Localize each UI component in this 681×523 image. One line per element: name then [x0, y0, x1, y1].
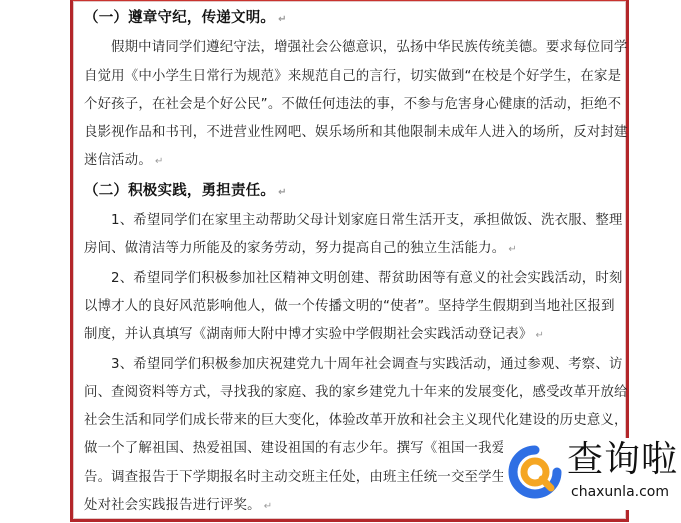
paragraph-line: 良影视作品和书刊，不进营业性网吧、娱乐场所和其他限制未成年人进入的场所，反对封建	[84, 119, 614, 147]
paragraph-mark-icon: ↵	[508, 244, 517, 255]
paragraph-mark-icon: ↵	[155, 156, 164, 167]
list-item-3-line: 问、查阅资料等方式，寻找我的家庭、我的家乡建党九十年来的发展变化，感受改革开放给	[84, 379, 614, 407]
paragraph-line-end: 迷信活动。↵	[84, 147, 614, 176]
paragraph-mark-icon: ↵	[536, 330, 545, 341]
paragraph-line: 个好孩子，在社会是个好公民”。不做任何违法的事，不参与危害身心健康的活动，拒绝不	[84, 91, 614, 119]
list-item-3-line: 3、希望同学们积极参加庆祝建党九十周年社会调查与实践活动，通过参观、考察、访	[84, 351, 614, 379]
list-item-1-line: 1、希望同学们在家里主动帮助父母计划家庭日常生活开支，承担做饭、洗衣服、整理	[84, 207, 614, 235]
paragraph-line: 自觉用《中小学生日常行为规范》来规范自己的言行，切实做到“在校是个好学生，在家是	[84, 63, 614, 91]
list-item-2-line-end: 制度，并认真填写《湖南师大附中博才实验中学假期社会实践活动登记表》↵	[84, 321, 614, 350]
paragraph-text: 制度，并认真填写《湖南师大附中博才实验中学假期社会实践活动登记表》	[84, 327, 533, 342]
watermark-brand-cn: 查询啦	[567, 438, 678, 482]
paragraph-text: 房间、做清洁等力所能及的家务劳动，努力提高自己的独立生活能力。	[84, 241, 505, 256]
list-item-3-line: 社会生活和同学们成长带来的巨大变化，体验改革开放和社会主义现代化建设的历史意义，	[84, 407, 614, 435]
watermark-logo: 查询啦 chaxunla.com	[503, 438, 681, 510]
paragraph-text: 迷信活动。	[84, 153, 152, 168]
section-heading-text: （一）遵章守纪，传递文明。	[84, 10, 275, 26]
screenshot-stage: （一）遵章守纪，传递文明。↵ 假期中请同学们遵纪守法，增强社会公德意识，弘扬中华…	[0, 0, 681, 523]
section-heading-text: （二）积极实践，勇担责任。	[84, 183, 275, 199]
list-item-2-line: 以博才人的良好风范影响他人，做一个传播文明的“使者”。坚持学生假期到当地社区报到	[84, 293, 614, 321]
paragraph-mark-icon: ↵	[264, 501, 273, 512]
section-heading-2: （二）积极实践，勇担责任。↵	[84, 177, 614, 207]
magnifier-logo-icon	[507, 444, 563, 500]
paragraph-mark-icon: ↵	[278, 14, 287, 25]
list-item-2-line: 2、希望同学们积极参加社区精神文明创建、帮贫助困等有意义的社会实践活动，时刻	[84, 265, 614, 293]
paragraph-line: 假期中请同学们遵纪守法，增强社会公德意识，弘扬中华民族传统美德。要求每位同学	[84, 34, 614, 62]
paragraph-mark-icon: ↵	[278, 187, 287, 198]
section-heading-1: （一）遵章守纪，传递文明。↵	[84, 4, 614, 34]
list-item-1-line-end: 房间、做清洁等力所能及的家务劳动，努力提高自己的独立生活能力。↵	[84, 235, 614, 264]
watermark-brand-url: chaxunla.com	[571, 483, 669, 501]
paragraph-text: 处对社会实践报告进行评奖。	[84, 498, 261, 513]
